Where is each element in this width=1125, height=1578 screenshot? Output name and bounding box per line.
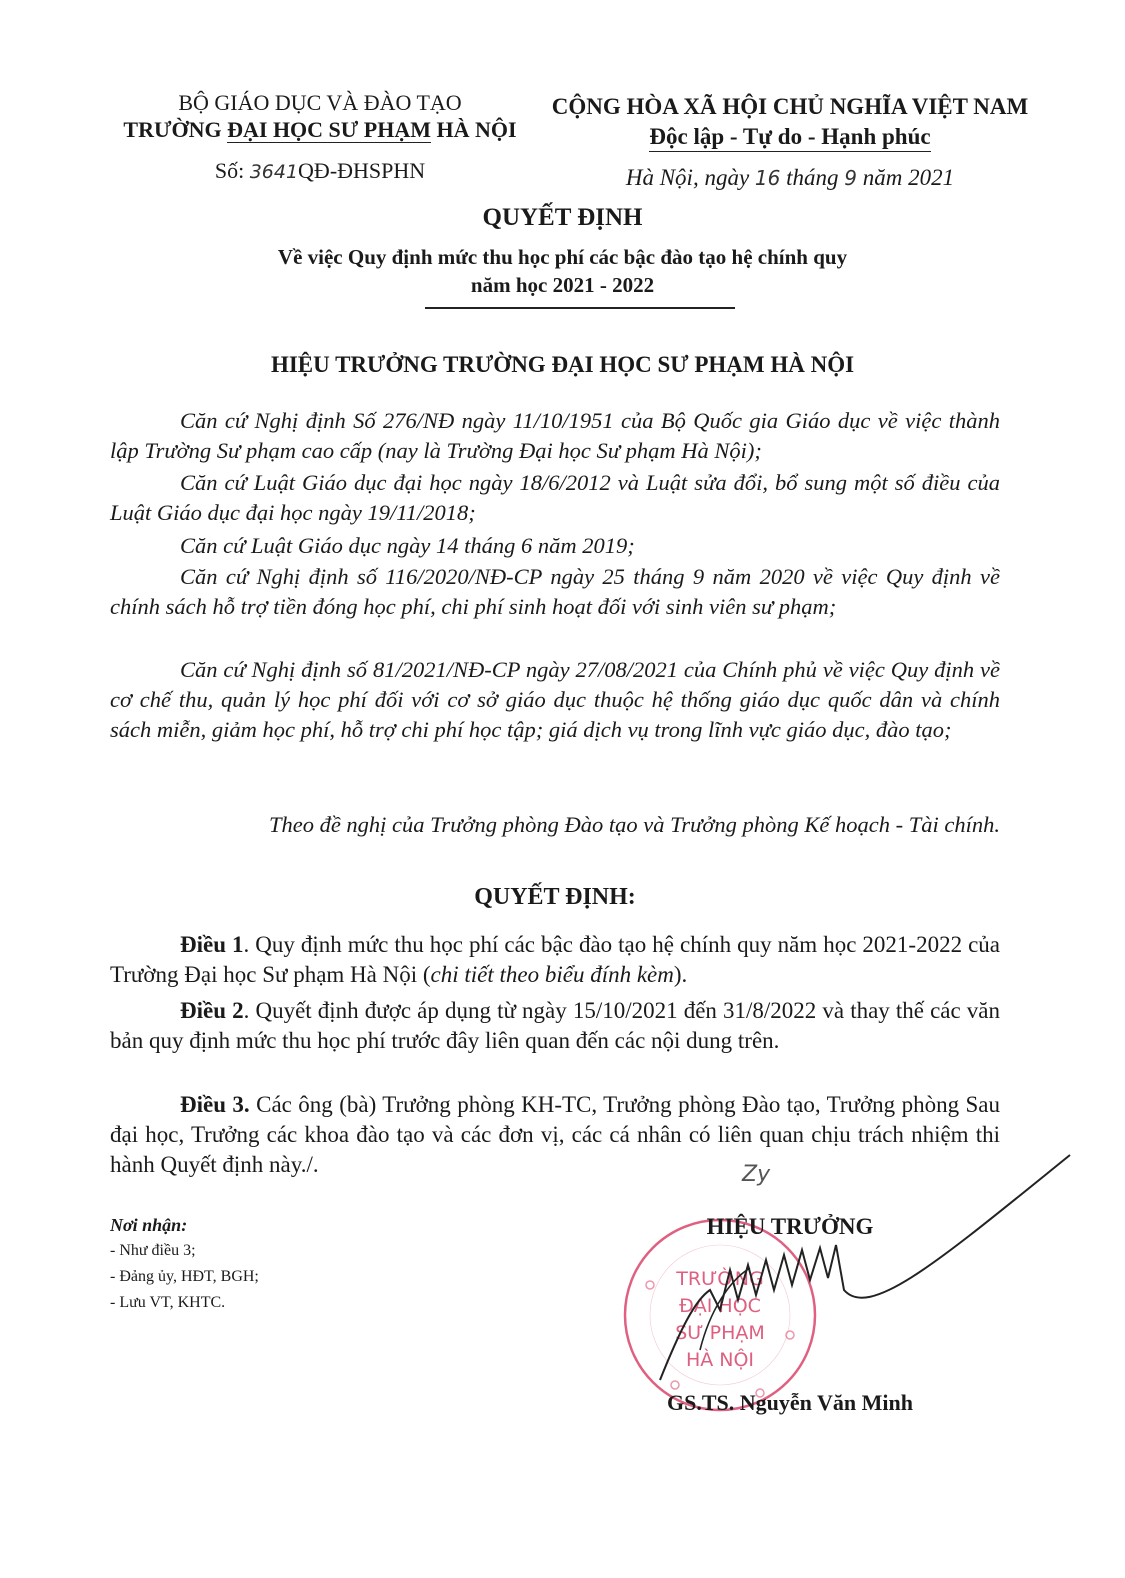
legal-basis-2: Căn cứ Luật Giáo dục đại học ngày 18/6/2… [110,468,1000,528]
decision-heading: QUYẾT ĐỊNH: [0,884,1110,911]
recipients-title: Nơi nhận: [110,1215,187,1236]
motto-text: Độc lập - Tự do - Hạnh phúc [649,124,930,152]
place-date-prefix: Hà Nội, ngày [626,165,755,190]
article-1-italic: chi tiết theo biểu đính kèm [431,962,674,987]
university-main: ĐẠI HỌC SƯ PHẠM [227,117,431,143]
doc-number-handwritten: 3641 [250,161,298,183]
legal-basis-1: Căn cứ Nghị định Số 276/NĐ ngày 11/10/19… [110,406,1000,466]
legal-basis-3: Căn cứ Luật Giáo dục ngày 14 tháng 6 năm… [110,531,1000,561]
national-motto: Độc lập - Tự do - Hạnh phúc [530,124,1050,150]
university-suffix: HÀ NỘI [431,117,517,142]
document-title: QUYẾT ĐỊNH [0,204,1125,232]
article-1: Điều 1. Quy định mức thu học phí các bậc… [110,930,1000,990]
year-label: năm 2021 [857,165,954,190]
proposal-note: Theo đề nghị của Trưởng phòng Đào tạo và… [110,810,1005,840]
legal-basis-5: Căn cứ Nghị định số 81/2021/NĐ-CP ngày 2… [110,655,1000,745]
signature-scribble [640,1150,1080,1390]
principal-heading: HIỆU TRƯỞNG TRƯỜNG ĐẠI HỌC SƯ PHẠM HÀ NỘ… [0,352,1125,378]
legal-basis-4: Căn cứ Nghị định số 116/2020/NĐ-CP ngày … [110,562,1000,622]
month-label: tháng [780,165,844,190]
ministry-name: BỘ GIÁO DỤC VÀ ĐÀO TẠO [90,90,550,116]
article-2-text: . Quyết định được áp dụng từ ngày 15/10/… [110,998,1000,1053]
doc-number-label: Số: [215,158,250,183]
document-subtitle-line2: năm học 2021 - 2022 [0,273,1125,298]
doc-number-suffix: QĐ-ĐHSPHN [298,158,425,183]
day-handwritten: 16 [755,166,780,190]
month-handwritten: 9 [844,166,857,190]
university-name: TRƯỜNG ĐẠI HỌC SƯ PHẠM HÀ NỘI [90,117,550,143]
university-prefix: TRƯỜNG [123,117,227,142]
document-subtitle-line1: Về việc Quy định mức thu học phí các bậc… [0,245,1125,270]
recipient-item: - Lưu VT, KHTC. [110,1294,225,1312]
article-3-label: Điều 3. [180,1092,250,1117]
recipient-item: - Như điều 3; [110,1242,196,1260]
article-2-label: Điều 2 [180,998,244,1023]
recipient-item: - Đảng ủy, HĐT, BGH; [110,1268,259,1286]
article-1-end: ). [674,962,687,987]
republic-name: CỘNG HÒA XÃ HỘI CHỦ NGHĨA VIỆT NAM [530,94,1050,120]
article-1-label: Điều 1 [180,932,244,957]
place-date: Hà Nội, ngày 16 tháng 9 năm 2021 [530,165,1050,191]
title-divider [425,307,735,309]
article-2: Điều 2. Quyết định được áp dụng từ ngày … [110,996,1000,1056]
document-number: Số: 3641QĐ-ĐHSPHN [90,158,550,184]
signer-name: GS.TS. Nguyễn Văn Minh [600,1390,980,1416]
